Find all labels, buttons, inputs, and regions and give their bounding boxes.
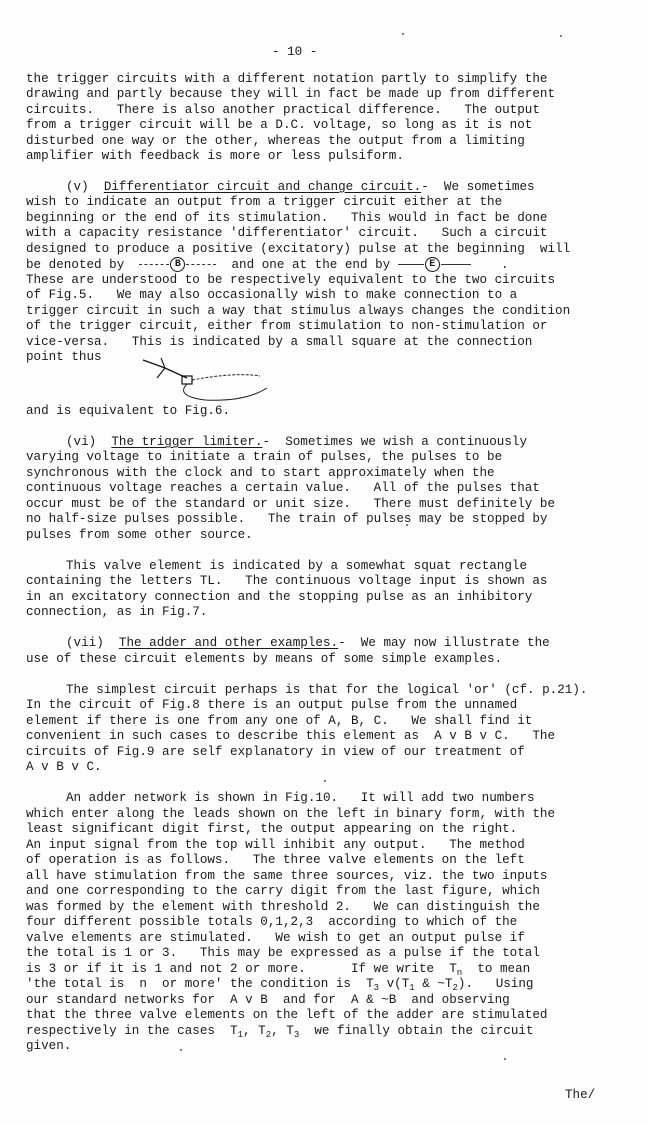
text-line: containing the letters TL. The continuou… [26,574,547,589]
catchword: The/ [565,1088,595,1102]
scan-speck [406,524,408,526]
text-line: beginning or the end of its stimulation.… [26,211,547,226]
text-line: and one corresponding to the carry digit… [26,884,540,899]
scan-speck [560,35,562,37]
text-line: the total is 1 or 3. This may be express… [26,946,540,961]
section-heading: The trigger limiter. [111,435,262,449]
text-fragment: we finally obtain the circuit [299,1024,533,1038]
begin-pulse-symbol-icon: B [170,257,185,272]
text-line: four different possible totals 0,1,2,3 a… [26,915,517,930]
text-fragment: and one at the end by [232,258,391,272]
denoted-line: be denoted by B and one at the end by E … [26,257,509,273]
text-line: in an excitatory connection and the stop… [26,590,532,605]
text-line: of operation is as follows. The three va… [26,853,525,868]
text-line: synchronous with the clock and to start … [26,466,495,481]
text-fragment: , T [243,1024,266,1038]
text-line: designed to produce a positive (excitato… [26,242,570,257]
text-line: varying voltage to initiate a train of p… [26,450,502,465]
section-number: (v) [66,180,89,194]
scan-speck [324,780,326,782]
end-pulse-symbol-icon: E [425,257,440,272]
text-line: disturbed one way or the other, whereas … [26,134,525,149]
section-heading: Differentiator circuit and change circui… [104,180,421,194]
text-line: drawing and partly because they will in … [26,87,555,102]
section-vi-heading-line: (vi) The trigger limiter.- Sometimes we … [66,435,527,450]
lead-line-icon [441,264,471,265]
section-lead: - We sometimes [421,180,534,194]
section-number: (vii) [66,636,104,650]
text-fragment: 'the total is n or more' the condition i… [26,977,374,991]
text-line: use of these circuit elements by means o… [26,652,502,667]
text-line: was formed by the element with threshold… [26,900,540,915]
scan-speck [504,1058,506,1060]
text-line: no half-size pulses possible. The train … [26,512,547,527]
change-circuit-sketch-icon [135,356,285,406]
text-fragment: to mean [462,962,530,976]
text-line: of the trigger circuit, either from stim… [26,319,547,334]
text-line: occur must be of the standard or unit si… [26,497,555,512]
text-fragment: . [501,258,509,272]
lead-line-icon [398,264,424,265]
text-line: our standard networks for A v B and for … [26,993,510,1008]
text-fragment: is 3 or if it is 1 and not 2 or more. If… [26,962,457,976]
text-line: of Fig.5. We may also occasionally wish … [26,288,517,303]
text-line: wish to indicate an output from a trigge… [26,195,502,210]
text-line: amplifier with feedback is more or less … [26,149,404,164]
scan-speck [402,33,404,35]
text-line: An input signal from the top will inhibi… [26,838,525,853]
text-fragment: respectively in the cases T [26,1024,238,1038]
text-line: continuous voltage reaches a certain val… [26,481,540,496]
text-line: which enter along the leads shown on the… [26,807,555,822]
scan-speck [180,1049,182,1051]
section-v-heading-line: (v) Differentiator circuit and change ci… [66,180,535,195]
text-line: pulses from some other source. [26,528,253,543]
section-number: (vi) [66,435,96,449]
page-number: - 10 - [272,45,317,59]
text-fragment: be denoted by [26,258,124,272]
text-line: connection, as in Fig.7. [26,605,207,620]
text-fragment: , T [271,1024,294,1038]
text-line: An adder network is shown in Fig.10. It … [66,791,535,806]
text-fragment: v(T [379,977,409,991]
document-page: - 10 - the trigger circuits with a diffe… [0,0,650,1125]
text-line: A v B v C. [26,760,102,775]
text-line: the trigger circuits with a different no… [26,72,547,87]
text-line: circuits. There is also another practica… [26,103,540,118]
text-line: vice-versa. This is indicated by a small… [26,335,532,350]
text-line: least significant digit first, the outpu… [26,822,517,837]
text-fragment: ). Using [458,977,534,991]
text-line: respectively in the cases T1, T2, T3 we … [26,1024,534,1043]
text-line: The simplest circuit perhaps is that for… [66,683,587,698]
text-line: and is equivalent to Fig.6. [26,404,230,419]
text-line: given. [26,1039,71,1054]
section-lead: - We may now illustrate the [338,636,550,650]
text-line: These are understood to be respectively … [26,273,555,288]
text-line: with a capacity resistance 'differentiat… [26,226,547,241]
section-heading: The adder and other examples. [119,636,338,650]
text-line: circuits of Fig.9 are self explanatory i… [26,745,525,760]
text-line: element if there is one from any one of … [26,714,532,729]
text-line: point thus [26,350,102,365]
text-fragment: & ~T [415,977,453,991]
text-line: This valve element is indicated by a som… [66,559,527,574]
lead-line-icon [186,264,216,265]
lead-line-icon [139,264,169,265]
text-line: In the circuit of Fig.8 there is an outp… [26,698,517,713]
text-line: trigger circuit in such a way that stimu… [26,304,570,319]
text-line: convenient in such cases to describe thi… [26,729,555,744]
text-line: from a trigger circuit will be a D.C. vo… [26,118,532,133]
text-line: valve elements are stimulated. We wish t… [26,931,525,946]
text-line: that the three valve elements on the lef… [26,1008,547,1023]
section-lead: - Sometimes we wish a continuously [263,435,528,449]
section-vii-heading-line: (vii) The adder and other examples.- We … [66,636,550,651]
text-line: all have stimulation from the same three… [26,869,547,884]
